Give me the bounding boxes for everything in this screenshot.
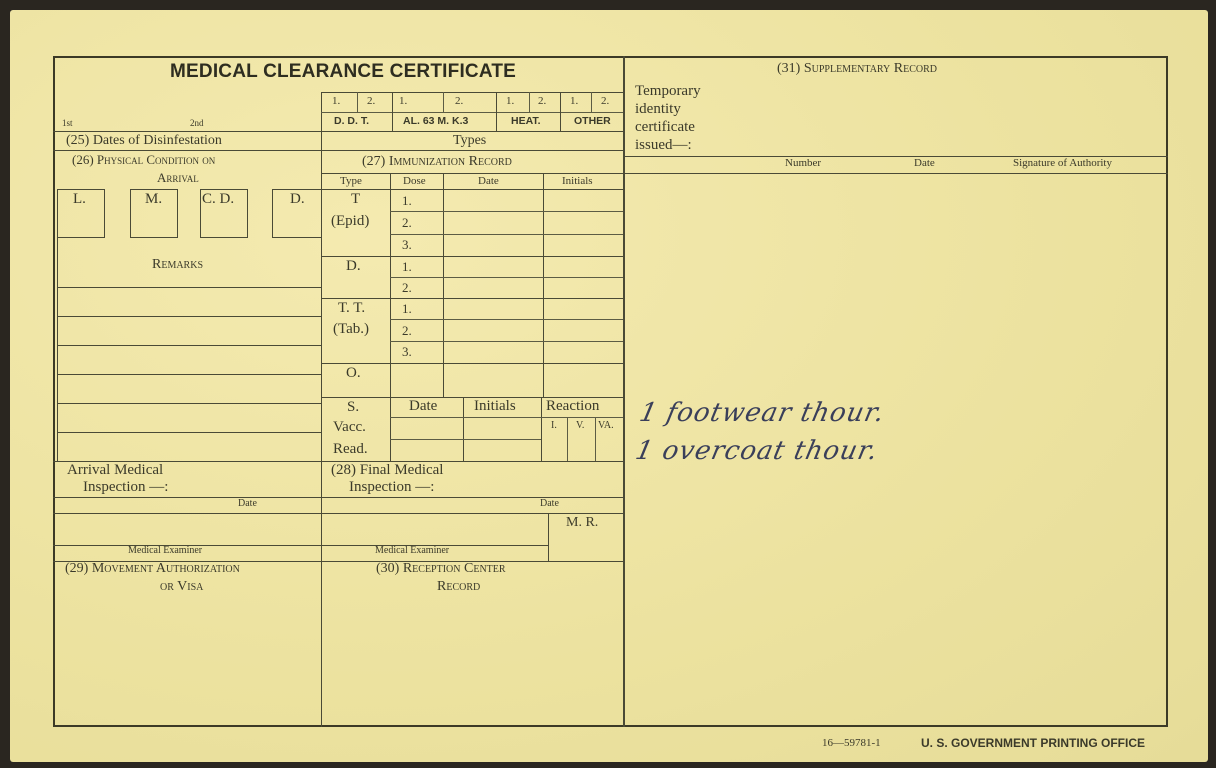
smallpox-row-line bbox=[390, 439, 541, 440]
remarks-line[interactable] bbox=[57, 374, 321, 375]
type-other: OTHER bbox=[574, 116, 611, 127]
remarks-line[interactable] bbox=[57, 316, 321, 317]
printer-imprint: U. S. GOVERNMENT PRINTING OFFICE bbox=[921, 737, 1145, 749]
section25-bottom-line bbox=[53, 150, 623, 151]
reaction-i: I. bbox=[551, 421, 557, 431]
immun-type-t-epid: (Epid) bbox=[331, 214, 369, 229]
dose-label: 1. bbox=[399, 96, 407, 107]
form-title: MEDICAL CLEARANCE CERTIFICATE bbox=[170, 62, 516, 81]
dose-number: 2. bbox=[402, 324, 412, 337]
types-label: Types bbox=[453, 134, 486, 148]
section-26-label-line2: Arrival bbox=[157, 171, 199, 184]
final-examiner-label: Medical Examiner bbox=[375, 546, 449, 556]
immun-row-line bbox=[390, 277, 623, 278]
remarks-label: Remarks bbox=[152, 258, 203, 272]
dose-label: 1. bbox=[506, 96, 514, 107]
mr-label: M. R. bbox=[566, 516, 598, 530]
condition-label-m: M. bbox=[145, 192, 162, 207]
dose-number: 2. bbox=[402, 216, 412, 229]
smallpox-read: Read. bbox=[333, 442, 368, 457]
section-25-label: (25) Dates of Disinfestation bbox=[66, 134, 222, 148]
smallpox-initials-header: Initials bbox=[474, 399, 516, 414]
dose-number: 3. bbox=[402, 345, 412, 358]
immun-header-date: Date bbox=[478, 176, 499, 187]
smallpox-col-div bbox=[541, 397, 542, 461]
dose-number: 2. bbox=[402, 281, 412, 294]
condition-label-cd: C. D. bbox=[202, 192, 234, 207]
immun-type-tt: T. T. bbox=[338, 301, 365, 316]
supp-header-bottom bbox=[623, 173, 1168, 174]
supp-col-number: Number bbox=[785, 158, 821, 169]
arrival-date-bottom bbox=[53, 513, 623, 514]
disinf-col-div bbox=[591, 92, 592, 112]
disinf-col-div bbox=[443, 92, 444, 112]
smallpox-col-div bbox=[463, 397, 464, 461]
disinf-bottom-line bbox=[53, 131, 623, 132]
smallpox-date-header: Date bbox=[409, 399, 437, 414]
remarks-line[interactable] bbox=[57, 432, 321, 433]
section-31-label: (31) Supplementary Record bbox=[777, 62, 937, 76]
temp-id-line: Temporary bbox=[635, 84, 701, 99]
mr-divider bbox=[548, 513, 549, 561]
dose-number: 3. bbox=[402, 238, 412, 251]
remarks-line[interactable] bbox=[57, 403, 321, 404]
section-30-label: (30) Reception Center bbox=[376, 562, 506, 576]
immun-header-bottom bbox=[321, 189, 623, 190]
reaction-col-div bbox=[595, 417, 596, 461]
disinf-col-div bbox=[496, 92, 497, 131]
section-26-label: (26) Physical Condition on bbox=[72, 153, 215, 166]
dose-label: 2. bbox=[455, 96, 463, 107]
immun-header-initials: Initials bbox=[562, 176, 593, 187]
dose-label: 1. bbox=[570, 96, 578, 107]
handwritten-note-line: 1 overcoat thour. bbox=[633, 436, 881, 466]
section-29-label-line2: or Visa bbox=[160, 580, 203, 594]
section-30-label-line2: Record bbox=[437, 580, 480, 594]
immun-row-line bbox=[390, 234, 623, 235]
reaction-col-div bbox=[567, 417, 568, 461]
section-27-label: (27) Immunization Record bbox=[362, 155, 512, 169]
divider-left-mid bbox=[321, 92, 322, 727]
remarks-line[interactable] bbox=[57, 345, 321, 346]
temp-id-line: identity bbox=[635, 102, 681, 117]
smallpox-vacc: Vacc. bbox=[333, 420, 366, 435]
dose-label: 2. bbox=[601, 96, 609, 107]
smallpox-row-line bbox=[390, 417, 623, 418]
disinf-mid-line bbox=[321, 112, 623, 113]
smallpox-s: S. bbox=[347, 400, 359, 415]
smallpox-col-div bbox=[390, 397, 391, 461]
temp-id-line: issued—: bbox=[635, 138, 692, 153]
reaction-v: V. bbox=[576, 421, 584, 431]
immun-header-type: Type bbox=[340, 176, 362, 187]
remarks-left-edge bbox=[57, 238, 58, 461]
disinf-top-line bbox=[321, 92, 623, 93]
disinf-col-div bbox=[560, 92, 561, 131]
section-29-label: (29) Movement Authorization bbox=[65, 562, 240, 576]
handwritten-note-line: 1 footwear thour. bbox=[637, 398, 888, 428]
final-date-label: Date bbox=[540, 499, 559, 509]
condition-label-d: D. bbox=[290, 192, 305, 207]
reception-center-field[interactable] bbox=[323, 598, 621, 725]
dose-label: 2. bbox=[538, 96, 546, 107]
type-al63: AL. 63 M. K.3 bbox=[403, 116, 468, 127]
disinf-col-div bbox=[529, 92, 530, 112]
type-heat: HEAT. bbox=[511, 116, 541, 127]
dose-number: 1. bbox=[402, 260, 412, 273]
reaction-va: VA. bbox=[598, 421, 614, 431]
disinf-col-div bbox=[392, 92, 393, 131]
first-date-label: 1st bbox=[62, 119, 73, 128]
final-inspection-label-line2: Inspection —: bbox=[349, 480, 434, 495]
arrival-date-label: Date bbox=[238, 499, 257, 509]
smallpox-reaction-header: Reaction bbox=[546, 399, 599, 414]
immun-header-dose: Dose bbox=[403, 176, 426, 187]
type-ddt: D. D. T. bbox=[334, 116, 369, 127]
arrival-inspection-label-line2: Inspection —: bbox=[83, 480, 168, 495]
supp-col-signature: Signature of Authority bbox=[1013, 158, 1112, 169]
remarks-line[interactable] bbox=[57, 287, 321, 288]
immun-row-line bbox=[390, 211, 623, 212]
dose-label: 2. bbox=[367, 96, 375, 107]
final-inspection-label: (28) Final Medical bbox=[331, 463, 443, 478]
dose-number: 1. bbox=[402, 302, 412, 315]
immun-row-line bbox=[321, 298, 623, 299]
movement-authorization-field[interactable] bbox=[55, 598, 319, 725]
immun-row-line bbox=[390, 319, 623, 320]
arrival-examiner-label: Medical Examiner bbox=[128, 546, 202, 556]
immun-row-line bbox=[321, 363, 623, 364]
immun-row-line bbox=[321, 256, 623, 257]
immun-type-o: O. bbox=[346, 366, 361, 381]
disinf-col-div bbox=[357, 92, 358, 112]
second-date-label: 2nd bbox=[190, 119, 204, 128]
form-number: 16—59781-1 bbox=[822, 738, 881, 749]
arrival-inspection-label: Arrival Medical bbox=[67, 463, 163, 478]
dose-number: 1. bbox=[402, 194, 412, 207]
immun-header-top bbox=[321, 173, 623, 174]
temp-id-line: certificate bbox=[635, 120, 695, 135]
immun-type-t: T bbox=[351, 192, 360, 207]
immun-type-d: D. bbox=[346, 259, 361, 274]
arrival-date-top bbox=[53, 497, 623, 498]
supp-col-date: Date bbox=[914, 158, 935, 169]
immun-row-line bbox=[390, 341, 623, 342]
dose-label: 1. bbox=[332, 96, 340, 107]
immun-type-tt-tab: (Tab.) bbox=[333, 322, 369, 337]
condition-label-l: L. bbox=[73, 192, 86, 207]
